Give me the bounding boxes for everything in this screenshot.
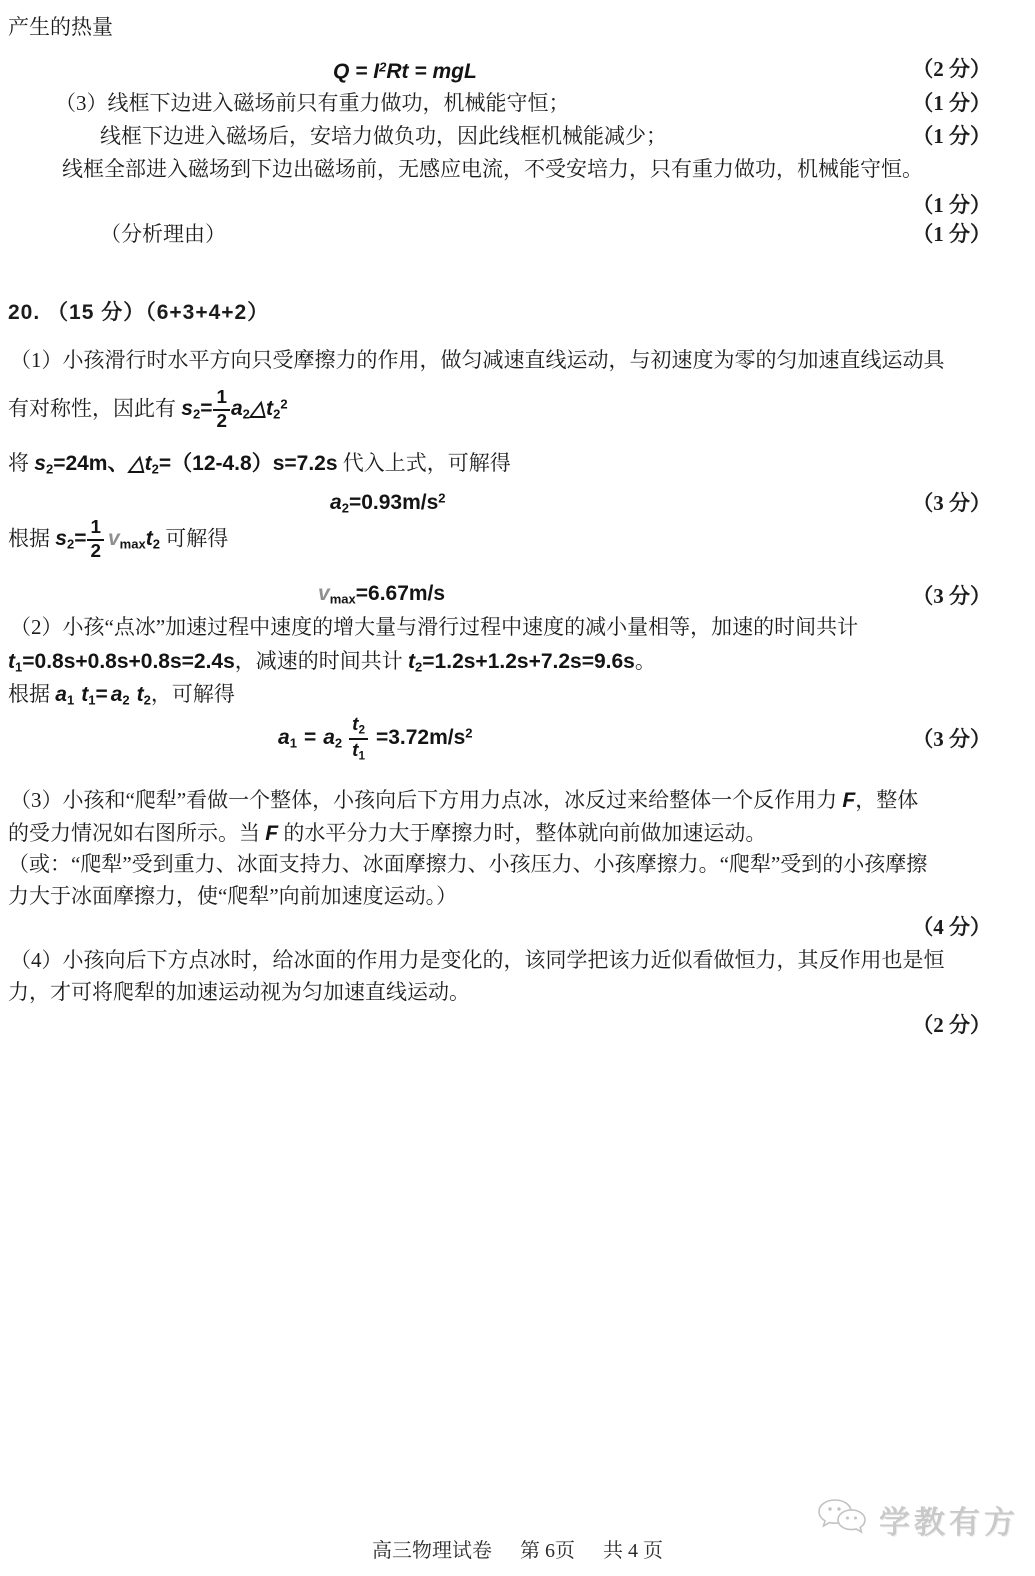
score-label: （1 分） <box>912 219 991 249</box>
force-F-symbol: F <box>842 789 855 812</box>
answer-line-with-formula: 根据 a1t1=a2t2，可解得 <box>0 679 1035 716</box>
answer-line: 力，才可将爬犁的加速运动视为匀加速直线运动。 <box>0 977 1035 1007</box>
answer-line: 线框下边进入磁场后，安培力做负功，因此线框机械能减少； （1 分） <box>0 121 1035 151</box>
score-label: （1 分） <box>912 193 991 217</box>
vmax-result-line: vmax=6.67m/s （3 分） <box>0 578 1035 615</box>
answer-line-with-formula: 有对称性，因此有 s2=12a2△t22 <box>0 388 1035 432</box>
heat-formula-line: Q = I2Rt = mgL （2 分） <box>0 52 1035 87</box>
vmax-formula: vmax=6.67m/s <box>318 582 445 605</box>
page-footer: 高三物理试卷第 6页共 4 页 <box>0 1534 1035 1563</box>
footer-doc-title: 高三物理试卷 <box>372 1540 492 1562</box>
intro-text: 产生的热量 <box>8 15 113 39</box>
exam-answer-page: 产生的热量 Q = I2Rt = mgL （2 分） （3）线框下边进入磁场前只… <box>0 0 1035 1576</box>
t1-t2-formula: t1=0.8s+0.8s+0.8s=2.4s <box>8 650 235 673</box>
s2-formula: s2=12a2△t22 <box>181 397 287 420</box>
answer-line-with-formula: t1=0.8s+0.8s+0.8s=2.4s，减速的时间共计 t2=1.2s+1… <box>0 646 1035 683</box>
answer-line: 线框全部进入磁场到下边出磁场前，无感应电流，不受安培力，只有重力做功，机械能守恒… <box>0 154 1035 184</box>
score-label: （4 分） <box>912 915 991 939</box>
force-F-symbol: F <box>265 822 278 845</box>
score-label: （2 分） <box>912 54 991 84</box>
a2-formula: a2=0.93m/s2 <box>330 491 446 514</box>
substitution-formula: s2=24m、△t2=（12-4.8）s=7.2s <box>34 452 337 475</box>
answer-line: （或：“爬犁”受到重力、冰面支持力、冰面摩擦力、小孩压力、小孩摩擦力。“爬犁”受… <box>0 849 1035 879</box>
score-label: （3 分） <box>912 581 991 611</box>
answer-line-with-formula: 根据 s2=12vmaxt2 可解得 <box>0 518 1035 562</box>
s2-vmax-formula: s2=12vmaxt2 <box>55 527 160 550</box>
footer-page-total: 共 4 页 <box>603 1540 663 1562</box>
score-line: （1 分） <box>0 190 1035 220</box>
answer-line-with-formula: 将 s2=24m、△t2=（12-4.8）s=7.2s 代入上式，可解得 <box>0 448 1035 485</box>
footer-page-number: 第 6页 <box>520 1540 575 1562</box>
answer-line: （4）小孩向后下方点冰时，给冰面的作用力是变化的，该同学把该力近似看做恒力，其反… <box>0 945 1035 975</box>
intro-line: 产生的热量 <box>0 12 1035 42</box>
t2-formula: t2=1.2s+1.2s+7.2s=9.6s <box>408 650 635 673</box>
a1-formula: a1=a2t2t1=3.72m/s2 <box>278 726 473 749</box>
fraction: 12 <box>213 388 230 432</box>
answer-line: 的受力情况如右图所示。当 F 的水平分力大于摩擦力时，整体就向前做加速运动。 <box>0 818 1035 849</box>
score-line: （2 分） <box>0 1010 1035 1040</box>
answer-line: （3）小孩和“爬犁”看做一个整体，小孩向后下方用力点冰，冰反过来给整体一个反作用… <box>0 785 1035 816</box>
heat-formula: Q = I2Rt = mgL <box>333 60 477 83</box>
fraction: 12 <box>87 518 104 562</box>
impulse-equality-formula: a1t1=a2t2 <box>55 683 151 706</box>
answer-line: （1）小孩滑行时水平方向只受摩擦力的作用，做匀减速直线运动，与初速度为零的匀加速… <box>0 345 1035 375</box>
score-label: （3 分） <box>912 488 991 518</box>
fraction: t2t1 <box>349 715 368 762</box>
score-label: （1 分） <box>912 121 991 151</box>
score-line: （4 分） <box>0 912 1035 942</box>
answer-line: （2）小孩“点冰”加速过程中速度的增大量与滑行过程中速度的减小量相等，加速的时间… <box>0 612 1035 642</box>
score-label: （1 分） <box>912 88 991 118</box>
score-label: （2 分） <box>912 1013 991 1037</box>
score-label: （3 分） <box>912 724 991 754</box>
answer-line: （分析理由） （1 分） <box>0 219 1035 249</box>
answer-line: （3）线框下边进入磁场前只有重力做功，机械能守恒； （1 分） <box>0 88 1035 118</box>
answer-line: 力大于冰面摩擦力，使“爬犁”向前加速度运动。） <box>0 881 1035 911</box>
a1-result-line: a1=a2t2t1=3.72m/s2 （3 分） <box>0 715 1035 762</box>
question-heading: 20. （15 分）（6+3+4+2） <box>0 298 1035 328</box>
